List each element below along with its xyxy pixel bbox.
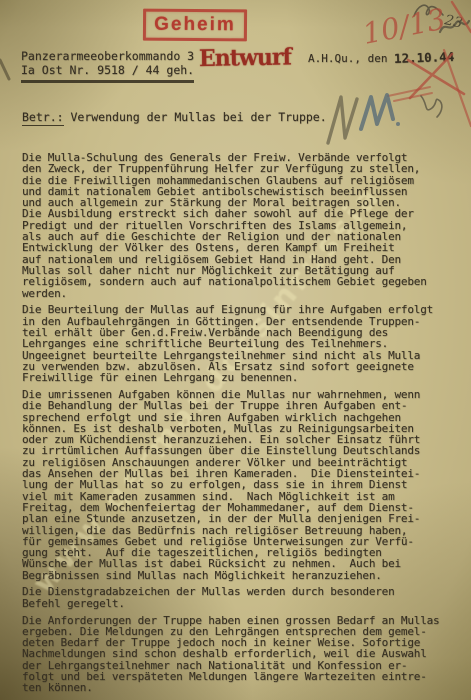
body-paragraph: Die Anforderungen der Truppe haben einen…: [22, 615, 464, 694]
body-paragraph: Die Dienstgradabzeichen der Mullas werde…: [22, 586, 464, 609]
file-reference: Ia Ost Nr. 9518 / 44 geh.: [21, 63, 194, 77]
red-crayon-note: 10/13: [360, 2, 449, 51]
red-stroke: [388, 87, 432, 101]
geheim-stamp: Geheim: [143, 9, 247, 42]
document-body: Die Mulla-Schulung des Generals der Frei…: [22, 152, 464, 699]
pencil-curl: [421, 96, 442, 117]
date-line: A.H.Qu., den 12.10.44: [308, 50, 454, 65]
blue-initials: [361, 95, 393, 129]
pencil-flourish: [440, 21, 469, 32]
entwurf-stamp: Entwurf: [199, 44, 291, 73]
edge-mark: [0, 60, 9, 79]
unit-header: Panzerarmeeoberkommando 3 Ia Ost Nr. 951…: [21, 49, 194, 83]
unit-name: Panzerarmeeoberkommando 3: [21, 49, 194, 63]
body-paragraph: Die umrissenen Aufgaben können die Mulla…: [22, 389, 464, 581]
subject-label: Betr.:: [22, 110, 64, 126]
pencil-initials: [328, 97, 357, 143]
subject-line: Betr.: Verwendung der Mullas bei der Tru…: [22, 110, 327, 124]
body-paragraph: Die Mulla-Schulung des Generals der Frei…: [22, 152, 464, 299]
red-stroke: [452, 2, 471, 32]
place-label: A.H.Qu., den: [308, 52, 387, 65]
handwritten-date: 12.10.44: [394, 49, 455, 66]
geheim-stamp-label: Geheim: [154, 14, 236, 37]
pencil-number: 23: [442, 12, 464, 32]
ink-dot: [396, 122, 400, 126]
subject-text: Verwendung der Mullas bei der Truppe.: [70, 110, 326, 124]
document-page: www.germandocsinrussia Geheim Panzerarme…: [0, 0, 471, 700]
body-paragraph: Die Beurteilung der Mullas auf Eignung f…: [22, 304, 464, 383]
pencil-scribble: [414, 5, 443, 16]
